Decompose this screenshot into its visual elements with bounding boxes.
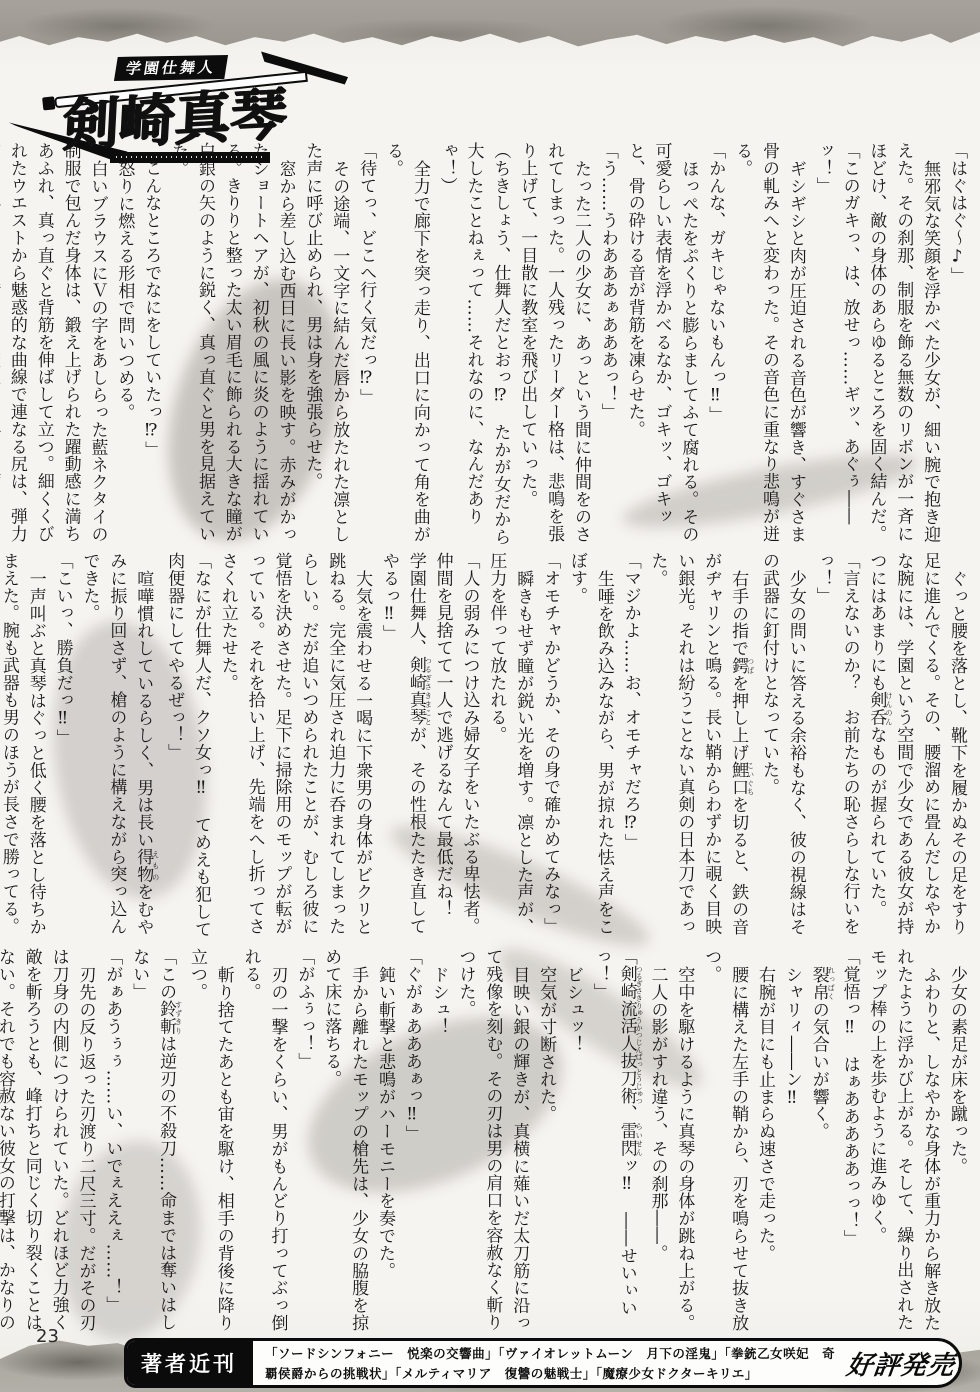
paragraph: 斬り捨てたあとも宙を駆け、相手の背後に降り立つ。 [183, 948, 237, 1340]
paragraph: 「がぁあうぅぅ……い、いでぇええぇ……！」 [99, 948, 126, 1340]
paragraph: 「う……うわあああぁあああっ！」 [594, 142, 621, 550]
novel-page: 学園仕舞人 剣崎真琴 「はぐはぐ〜♪」無邪気な笑顔を浮かべた少女が、細い腕で抱き… [0, 0, 980, 1392]
paragraph: 「このガキっ、は、放せっ……ギッ、あぐぅ――ッ！」 [809, 142, 863, 550]
paragraph: 一声叫ぶと真琴はぐっと低く腰を落とし待ちかまえた。腕も武器も男のほうが長さで勝っ… [0, 552, 49, 942]
paragraph: 刃先の反り返った刃渡り二尺三寸。だがその刃は刀身の内側につけられていた。どれほど… [0, 948, 99, 1340]
paragraph: 腰に構えた左手の鞘から、刃を鳴らせて抜き放つ。 [697, 948, 751, 1340]
paragraph: 右腕が目にも止まらぬ速さで走った。 [751, 948, 778, 1340]
paragraph: 窓から差し込む西日に長い影を映す。赤みがかったショートヘアが、初秋の風に炎のよう… [164, 142, 298, 550]
paragraph: 「覚悟っ‼ はぁあああああっっ！」 [836, 948, 863, 1340]
text-block-1: 「はぐはぐ〜♪」無邪気な笑顔を浮かべた少女が、細い腕で抱き迎えた。その刹那、制服… [14, 142, 970, 550]
paragraph: 瞬きもせず瞳が鋭い光を増す。凛とした声が、圧力を伴って放たれる。 [483, 552, 537, 942]
paragraph: 二人の影がすれ違う、その刹那――。 [644, 948, 671, 1340]
paragraph: たった二人の少女に、あっという間に仲間をのされてしまった。一人残ったリーダー格は… [513, 142, 594, 550]
upcoming-books-bar: 著者近刊 「ソードシンフォニー 悦楽の交響曲」「ヴァイオレットムーン 月下の淫鬼… [124, 1338, 962, 1388]
paragraph: 手から離れたモップの槍先は、少女の脇腹を掠めて床に落ちる。 [317, 948, 371, 1340]
paragraph: 鈍い斬撃と悲鳴がハーモニーを奏でた。 [371, 948, 398, 1340]
paragraph: 「はぐはぐ〜♪」 [943, 142, 970, 550]
paragraph: 「こんなところでなにをしていたっ⁉」 [137, 142, 164, 550]
paragraph: 空中を駆けるように真琴の身体が跳ね上がる。 [671, 948, 698, 1340]
logo-title: 剣崎真琴 [60, 70, 288, 162]
paragraph: 少女の素足が床を蹴った。 [943, 948, 970, 1340]
paragraph: ビシュッ！ [559, 948, 586, 1340]
paragraph: 無邪気な笑顔を浮かべた少女が、細い腕で抱き迎えた。その刹那、制服を飾る無数のリボ… [863, 142, 944, 550]
paragraph: 「かんな、ガキじゃないもんっ‼」 [701, 142, 728, 550]
paragraph: 「こいっ、勝負だっ‼」 [49, 552, 76, 942]
logo-caption-bar [110, 152, 270, 163]
paragraph: 「この鈴斬すずきりは逆刃の不殺刀……命までは奪いはしない」 [125, 948, 183, 1340]
paragraph: 「がふぅっ！」 [291, 948, 318, 1340]
paragraph: 「ぐがぁあああぁっ‼」 [398, 948, 425, 1340]
book-titles-line2: 覇侯爵からの挑戦状」「メルティマリア 復讐の魅戦士」「魔療少女ドクターキリエ」 [265, 1364, 835, 1383]
paragraph: 右手の指で鍔つばを押し上げ鯉口こいぐちを切ると、鉄の音がヂャリンと鳴る。長い鞘か… [644, 552, 755, 942]
paragraph: 喧嘩慣れしているらしく、男は長い得物えものをむやみに振り回さず、槍のように構えな… [76, 552, 161, 942]
paragraph: 「なにが仕舞人だ、クソ女っ‼ てめえも犯して肉便器にしてやるぜっ！」 [160, 552, 214, 942]
paragraph: ドシュ！ [425, 948, 452, 1340]
paragraph: 「言えないのか？ お前たちの恥さらしな行いをっ！」 [809, 552, 863, 942]
paragraph: 白いブラウスにＶの字をあしらった藍ネクタイの制服で包んだ身体は、鍛え上げられた躍… [0, 142, 111, 550]
paragraph: 「オモチャかどうか、その身で確かめてみなっ」 [536, 552, 563, 942]
paragraph: 怒りに燃える形相で問いつめる。 [111, 142, 138, 550]
text-block-3: 少女の素足が床を蹴った。ふわりと、しなやかな身体が重力から解き放たれたように浮か… [14, 948, 970, 1340]
paragraph: その途端、一文字に結んだ唇から放たれた凛とした声に呼び止められ、男は身を強張らせ… [299, 142, 353, 550]
paragraph: 大気を震わせる一喝に下衆男の身体がビクリと跳ねる。完全に気圧され迫力に呑まれてし… [214, 552, 375, 942]
paragraph: 全力で廊下を突っ走り、出口に向かって角を曲がる。 [379, 142, 433, 550]
paragraph: 「人の弱みにつけ込み婦女子をいたぶる卑怯者。仲間を見捨てて一人で逃げるなんて最低… [375, 552, 482, 942]
paragraph: 「待てっ、どこへ行く気だっ⁉」 [352, 142, 379, 550]
paragraph: 「マジかよ……お、オモチャだろ⁉」 [617, 552, 644, 942]
paragraph: 「剣崎流活人抜刀術つるぎさきりゅうかつじんばっとうじゅつ、雷閃らいせんッ‼ ――… [586, 948, 644, 1340]
paragraph: シャリィ――ン‼ [778, 948, 805, 1340]
paragraph: 裂帛れっぱくの気合いが響く。 [805, 948, 836, 1340]
book-titles-line1: 「ソードシンフォニー 悦楽の交響曲」「ヴァイオレットムーン 月下の淫鬼」「拳銃乙… [265, 1344, 835, 1363]
page-number: 23 [36, 1326, 59, 1347]
paragraph: （ちきしょう、仕舞人だとおっ⁉ たかが女だから大したことねぇって……それなのに、… [433, 142, 514, 550]
paragraph: 目映い銀の輝きが、真横に薙いだ太刀筋に沿って残像を刻む。その刃は男の肩口を容赦な… [452, 948, 533, 1340]
paragraph: ほっぺたをぷくりと膨らましてふて腐れる。その可愛らしい表情を浮かべるなか、ゴキッ… [621, 142, 702, 550]
paragraph: 生唾を飲み込みながら、男が掠れた怯え声をこぼす。 [563, 552, 617, 942]
paragraph: ふわりと、しなやかな身体が重力から解き放たれたように浮かび上がる。そして、繰り出… [863, 948, 944, 1340]
paragraph: 少女の問いに答える余裕もなく、彼の視線はその武器に釘付けとなっていた。 [755, 552, 809, 942]
text-block-2: ぐっと腰を落とし、靴下を履かぬその足をすり足に進んでくる。その、腰溜めに畳んだし… [14, 552, 970, 942]
paragraph: ぐっと腰を落とし、靴下を履かぬその足をすり足に進んでくる。その、腰溜めに畳んだし… [863, 552, 970, 942]
author-upcoming-label: 著者近刊 [127, 1341, 253, 1385]
series-logo: 学園仕舞人 剣崎真琴 [58, 50, 308, 170]
paragraph: ギシギシと肉が圧迫される音色が響き、すぐさま骨の軋みへと変わった。その音色に重な… [728, 142, 809, 550]
on-sale-badge: 好評発売中！ [838, 1341, 962, 1385]
paragraph: 刃の一撃をくらい、男がもんどり打ってぶっ倒れる。 [237, 948, 291, 1340]
paragraph: 空気が寸断された。 [532, 948, 559, 1340]
book-titles: 「ソードシンフォニー 悦楽の交響曲」「ヴァイオレットムーン 月下の淫鬼」「拳銃乙… [253, 1341, 841, 1385]
